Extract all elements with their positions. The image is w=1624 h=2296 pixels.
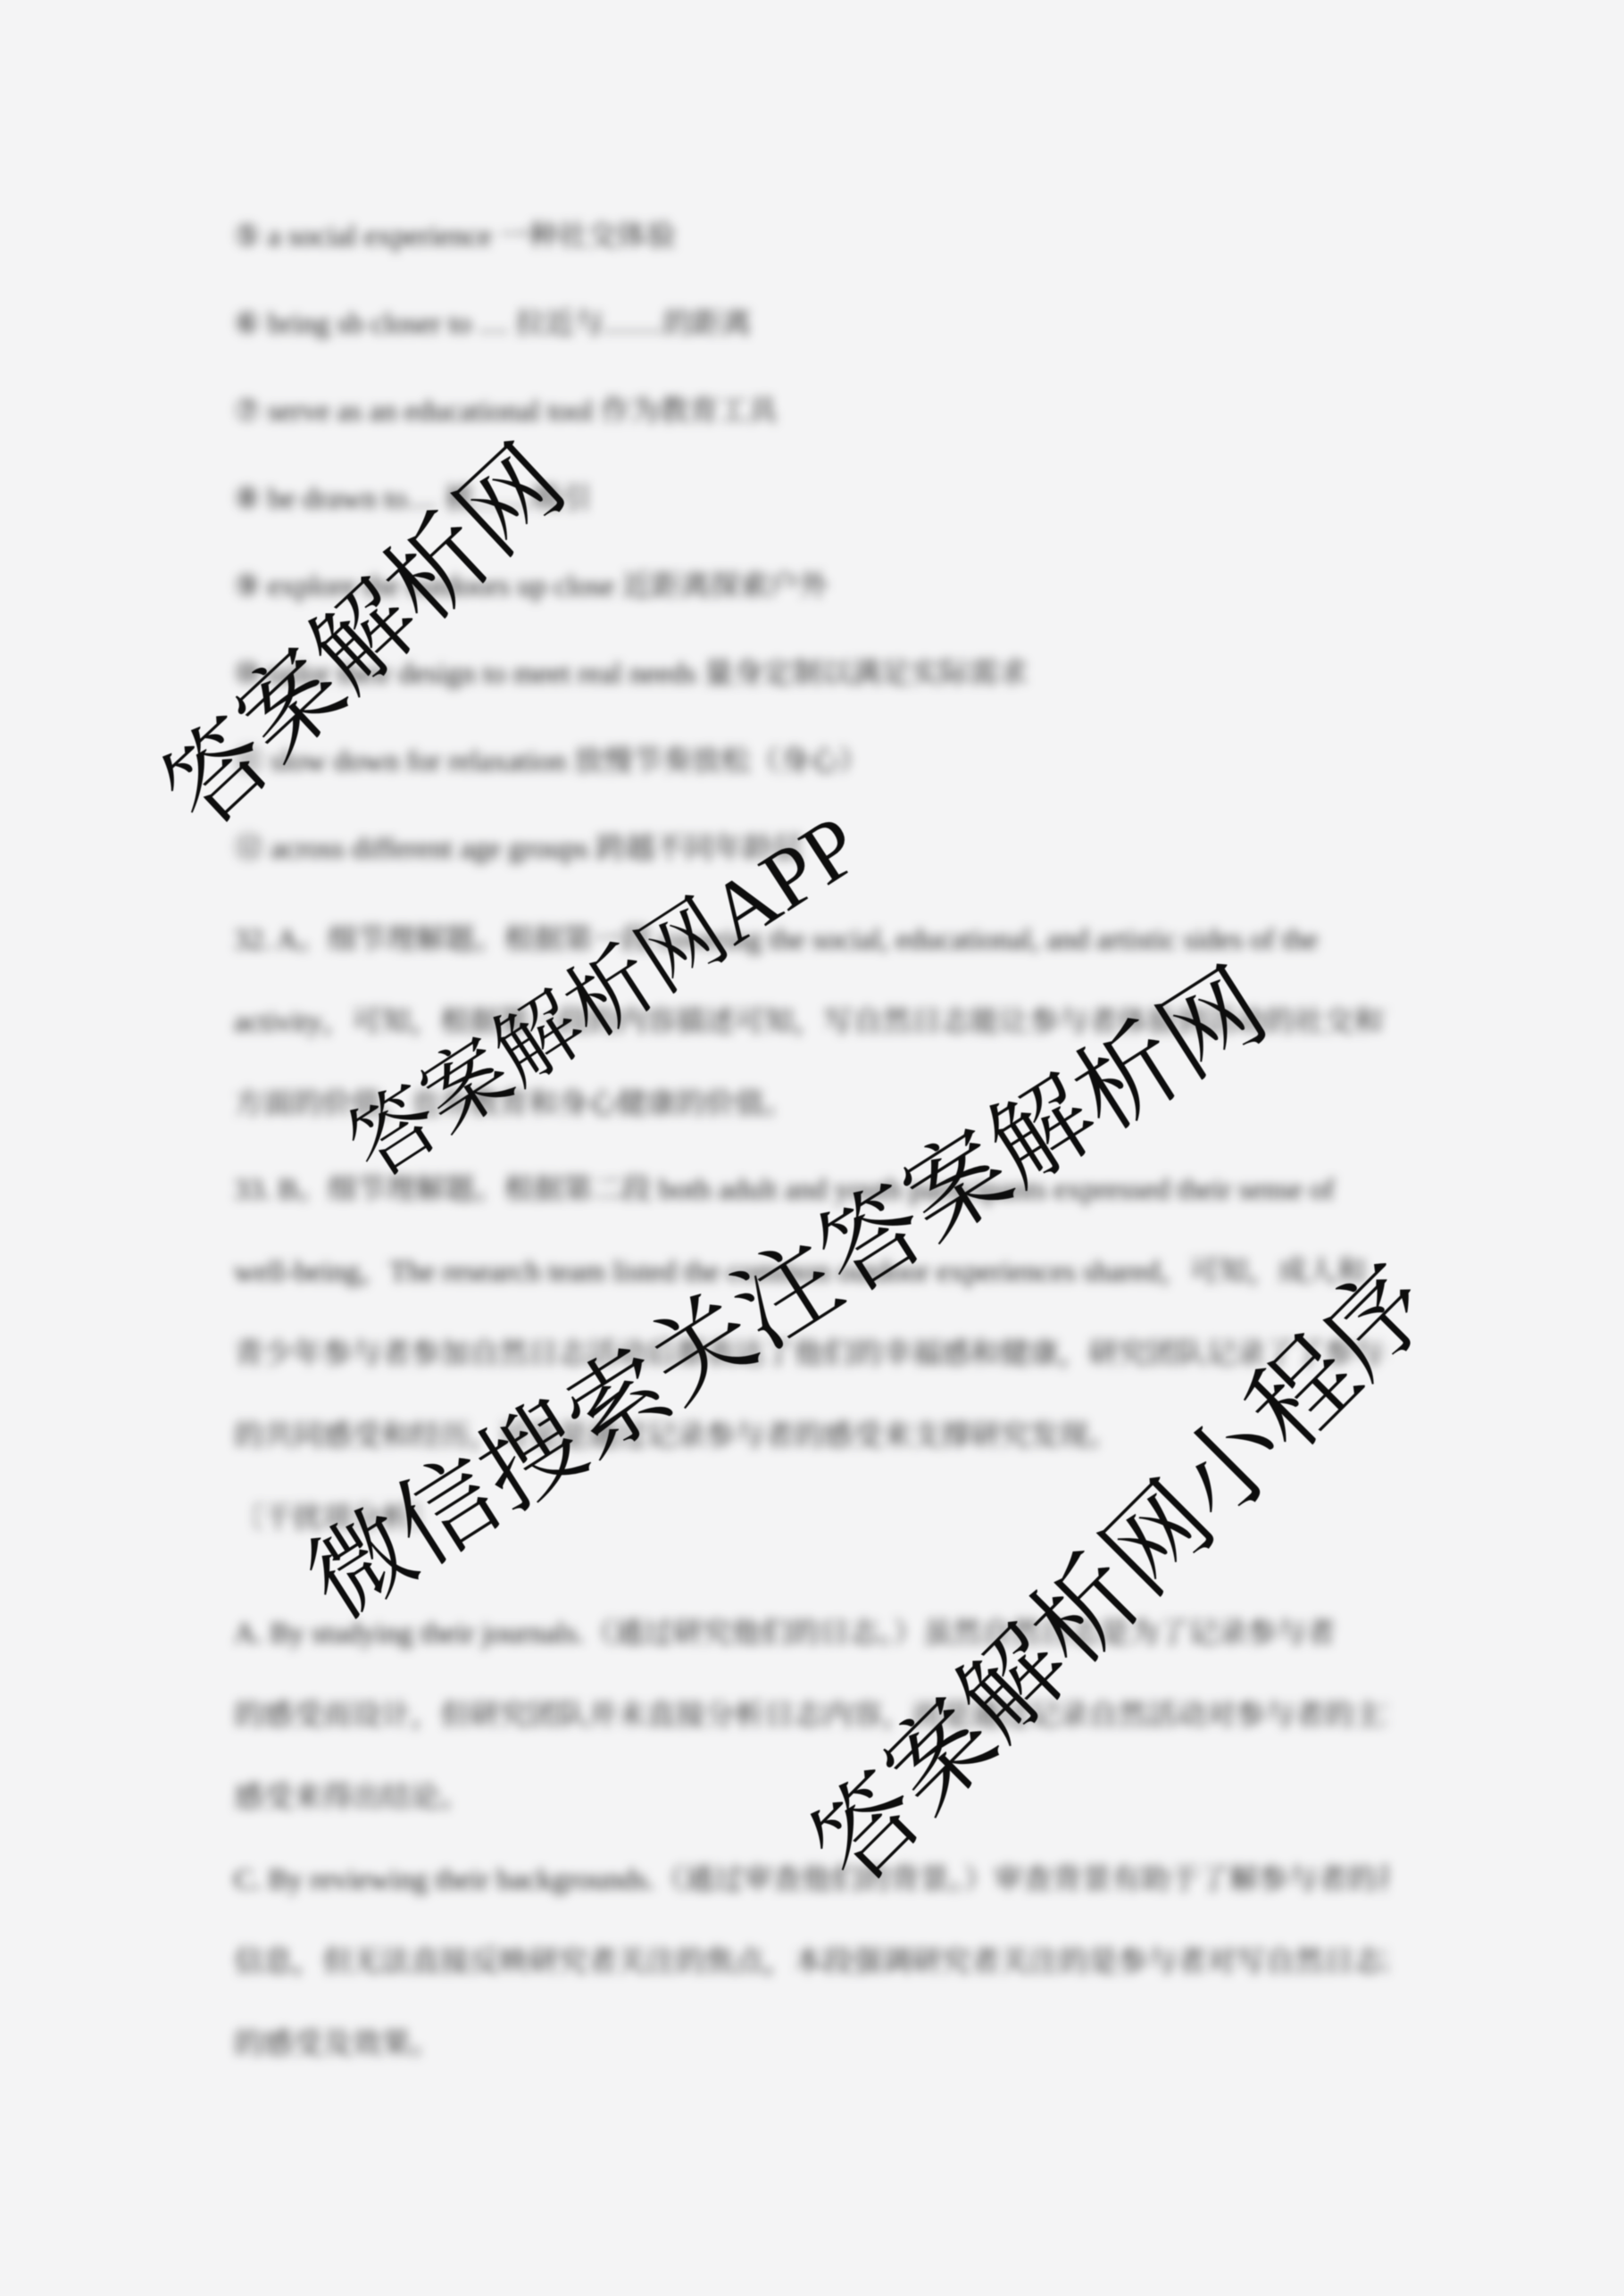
document-page: ⑤ a social experience 一种社交体验 ⑥ bring sb …: [0, 0, 1624, 2296]
watermark-miniprogram: 答案解析网小程序: [795, 1248, 1449, 1901]
watermark-app: 答案解析网APP: [336, 801, 874, 1192]
watermark-layer: 答案解析网 答案解析网APP 微信搜索关注答案解析网 答案解析网小程序: [0, 0, 1624, 2296]
watermark-site-name: 答案解析网: [148, 430, 582, 844]
